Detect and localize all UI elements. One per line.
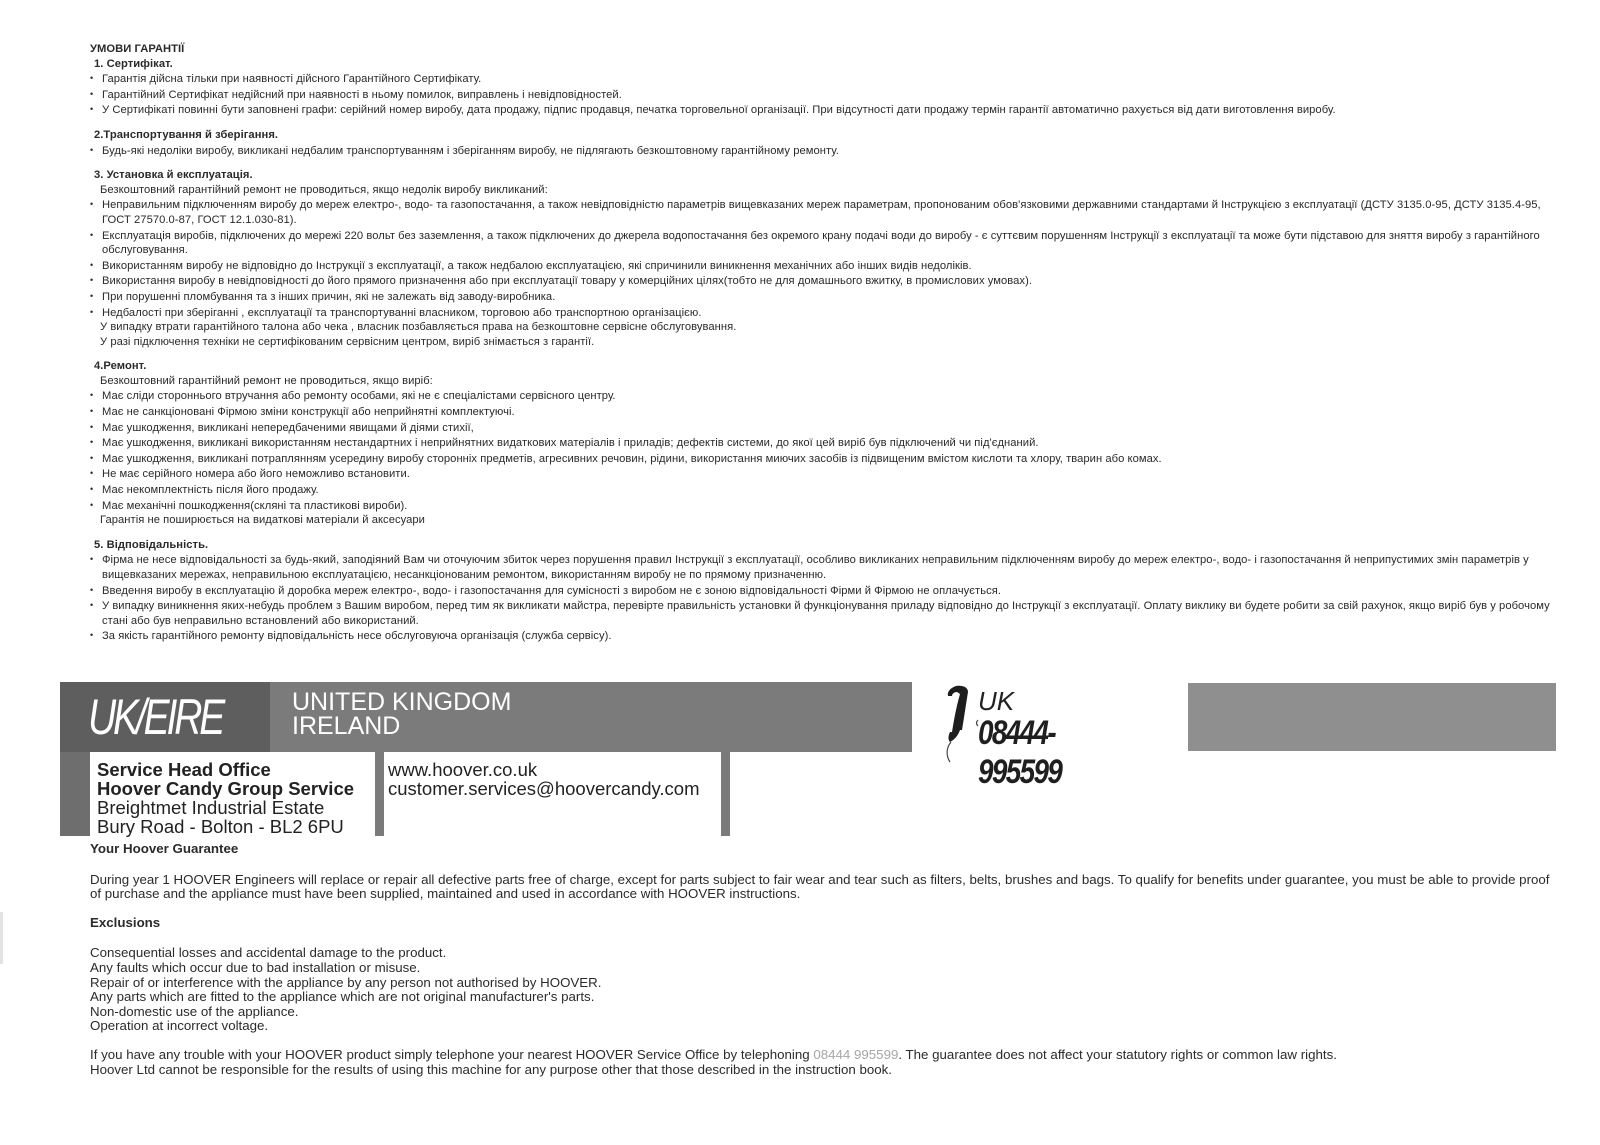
country-line-1: UNITED KINGDOM bbox=[292, 690, 511, 714]
exclusions-list: Consequential losses and accidental dama… bbox=[90, 946, 1550, 1034]
guarantee-heading: Your Hoover Guarantee bbox=[90, 842, 1550, 857]
blank-gray-panel bbox=[1188, 683, 1556, 751]
bullet-item: Має некомплектність після його продажу. bbox=[90, 482, 1560, 498]
exclusion-item: Non-domestic use of the appliance. bbox=[90, 1005, 1550, 1020]
bullet-item: Має ушкодження, викликані використанням … bbox=[90, 435, 1560, 451]
exclusion-item: Any faults which occur due to bad instal… bbox=[90, 961, 1550, 976]
office-company: Hoover Candy Group Service bbox=[97, 779, 354, 798]
contact-details: www.hoover.co.uk customer.services@hoove… bbox=[388, 760, 699, 798]
bullet-item: Експлуатація виробів, підключених до мер… bbox=[90, 228, 1560, 258]
warranty-section: 5. Відповідальність.Фірма не несе відпов… bbox=[90, 538, 1560, 644]
section-title: 1. Сертифікат. bbox=[94, 57, 1560, 72]
bullet-item: Гарантія дійсна тільки при наявності дій… bbox=[90, 71, 1560, 87]
warranty-sections: 1. Сертифікат.Гарантія дійсна тільки при… bbox=[90, 57, 1560, 644]
warranty-section: 2.Транспортування й зберігання.Будь-які … bbox=[90, 128, 1560, 158]
phone-region-label: UK bbox=[978, 686, 1014, 717]
bullet-item: За якість гарантійного ремонту відповіда… bbox=[90, 628, 1560, 644]
section-title: 5. Відповідальність. bbox=[94, 538, 1560, 553]
office-estate: Breightmet Industrial Estate bbox=[97, 798, 354, 817]
bullet-item: Використання виробу в невідповідності до… bbox=[90, 273, 1560, 289]
warranty-section: 3. Установка й експлуатація.Безкоштовний… bbox=[90, 168, 1560, 349]
section-note: У разі підключення техніки не сертифіков… bbox=[90, 335, 1560, 350]
bullet-item: Гарантійний Сертифікат недійсний при ная… bbox=[90, 87, 1560, 103]
bullet-item: Фірма не несе відповідальності за будь-я… bbox=[90, 552, 1560, 582]
region-code: UK/EIRE bbox=[88, 688, 222, 746]
bullet-item: У випадку виникнення яких-небудь проблем… bbox=[90, 598, 1560, 628]
uk-eire-banner: UK/EIRE UNITED KINGDOM IRELAND bbox=[60, 682, 912, 752]
phone-number: 08444-995599 bbox=[978, 714, 1135, 792]
section-title: 3. Установка й експлуатація. bbox=[94, 168, 1560, 183]
guarantee-body: During year 1 HOOVER Engineers will repl… bbox=[90, 873, 1550, 902]
bullet-item: Будь-які недоліки виробу, викликані недб… bbox=[90, 143, 1560, 159]
exclusion-item: Any parts which are fitted to the applia… bbox=[90, 990, 1550, 1005]
closing-text-rights: . The guarantee does not affect your sta… bbox=[898, 1047, 1337, 1062]
exclusion-item: Repair of or interference with the appli… bbox=[90, 976, 1550, 991]
section-note: Гарантія не поширюється на видаткові мат… bbox=[90, 513, 1560, 528]
uk-phone-block: UK 08444-995599 bbox=[940, 684, 1170, 764]
section-title: 4.Ремонт. bbox=[94, 359, 1560, 374]
section-note: Безкоштовний гарантійний ремонт не прово… bbox=[90, 183, 1560, 198]
office-street: Bury Road - Bolton - BL2 6PU bbox=[97, 817, 354, 836]
bullet-item: Недбалості при зберіганні , експлуатації… bbox=[90, 305, 1560, 321]
bullet-item: Має ушкодження, викликані непередбаченим… bbox=[90, 420, 1560, 436]
warranty-section: 4.Ремонт.Безкоштовний гарантійний ремонт… bbox=[90, 359, 1560, 528]
bullet-item: Введення виробу в експлуатацію й доробка… bbox=[90, 583, 1560, 599]
english-guarantee: Your Hoover Guarantee During year 1 HOOV… bbox=[90, 842, 1550, 1077]
telephone-handset-icon bbox=[940, 684, 980, 769]
bullet-item: Має не санкціоновані Фірмою зміни констр… bbox=[90, 404, 1560, 420]
closing-statement: If you have any trouble with your HOOVER… bbox=[90, 1048, 1550, 1077]
closing-text: If you have any trouble with your HOOVER… bbox=[90, 1047, 813, 1062]
website-link[interactable]: www.hoover.co.uk bbox=[388, 760, 699, 779]
section-note: Безкоштовний гарантійний ремонт не прово… bbox=[90, 374, 1560, 389]
section-title: 2.Транспортування й зберігання. bbox=[94, 128, 1560, 143]
warranty-section: 1. Сертифікат.Гарантія дійсна тільки при… bbox=[90, 57, 1560, 118]
service-head-office-address: Service Head Office Hoover Candy Group S… bbox=[97, 760, 354, 836]
section-note: У випадку втрати гарантійного талона або… bbox=[90, 320, 1560, 335]
exclusion-item: Operation at incorrect voltage. bbox=[90, 1019, 1550, 1034]
box-divider bbox=[721, 752, 730, 836]
warranty-title: УМОВИ ГАРАНТІЇ bbox=[90, 42, 1560, 57]
bullet-item: Використанням виробу не відповідно до Ін… bbox=[90, 258, 1560, 274]
email-link[interactable]: customer.services@hoovercandy.com bbox=[388, 779, 699, 798]
exclusion-item: Consequential losses and accidental dama… bbox=[90, 946, 1550, 961]
bullet-item: У Сертифікаті повинні бути заповнені гра… bbox=[90, 102, 1560, 118]
bullet-item: Неправильним підключенням виробу до мере… bbox=[90, 197, 1560, 227]
office-title: Service Head Office bbox=[97, 760, 354, 779]
scan-edge-mark bbox=[0, 912, 3, 964]
bullet-item: Має механічні пошкодження(скляні та плас… bbox=[90, 498, 1560, 514]
bullet-item: Має сліди стороннього втручання або ремо… bbox=[90, 388, 1560, 404]
box-divider bbox=[375, 752, 384, 836]
ukrainian-warranty-terms: УМОВИ ГАРАНТІЇ 1. Сертифікат.Гарантія ді… bbox=[90, 42, 1560, 654]
bullet-item: Не має серійного номера або його неможли… bbox=[90, 466, 1560, 482]
country-line-2: IRELAND bbox=[292, 714, 511, 738]
bullet-item: Має ушкодження, викликані потраплянням у… bbox=[90, 451, 1560, 467]
bullet-item: При порушенні пломбування та з інших при… bbox=[90, 289, 1560, 305]
closing-phone-number: 08444 995599 bbox=[813, 1047, 898, 1062]
closing-disclaimer: Hoover Ltd cannot be responsible for the… bbox=[90, 1063, 1550, 1078]
banner-left-bar bbox=[60, 752, 90, 836]
country-names: UNITED KINGDOM IRELAND bbox=[292, 690, 511, 738]
exclusions-heading: Exclusions bbox=[90, 916, 1550, 931]
